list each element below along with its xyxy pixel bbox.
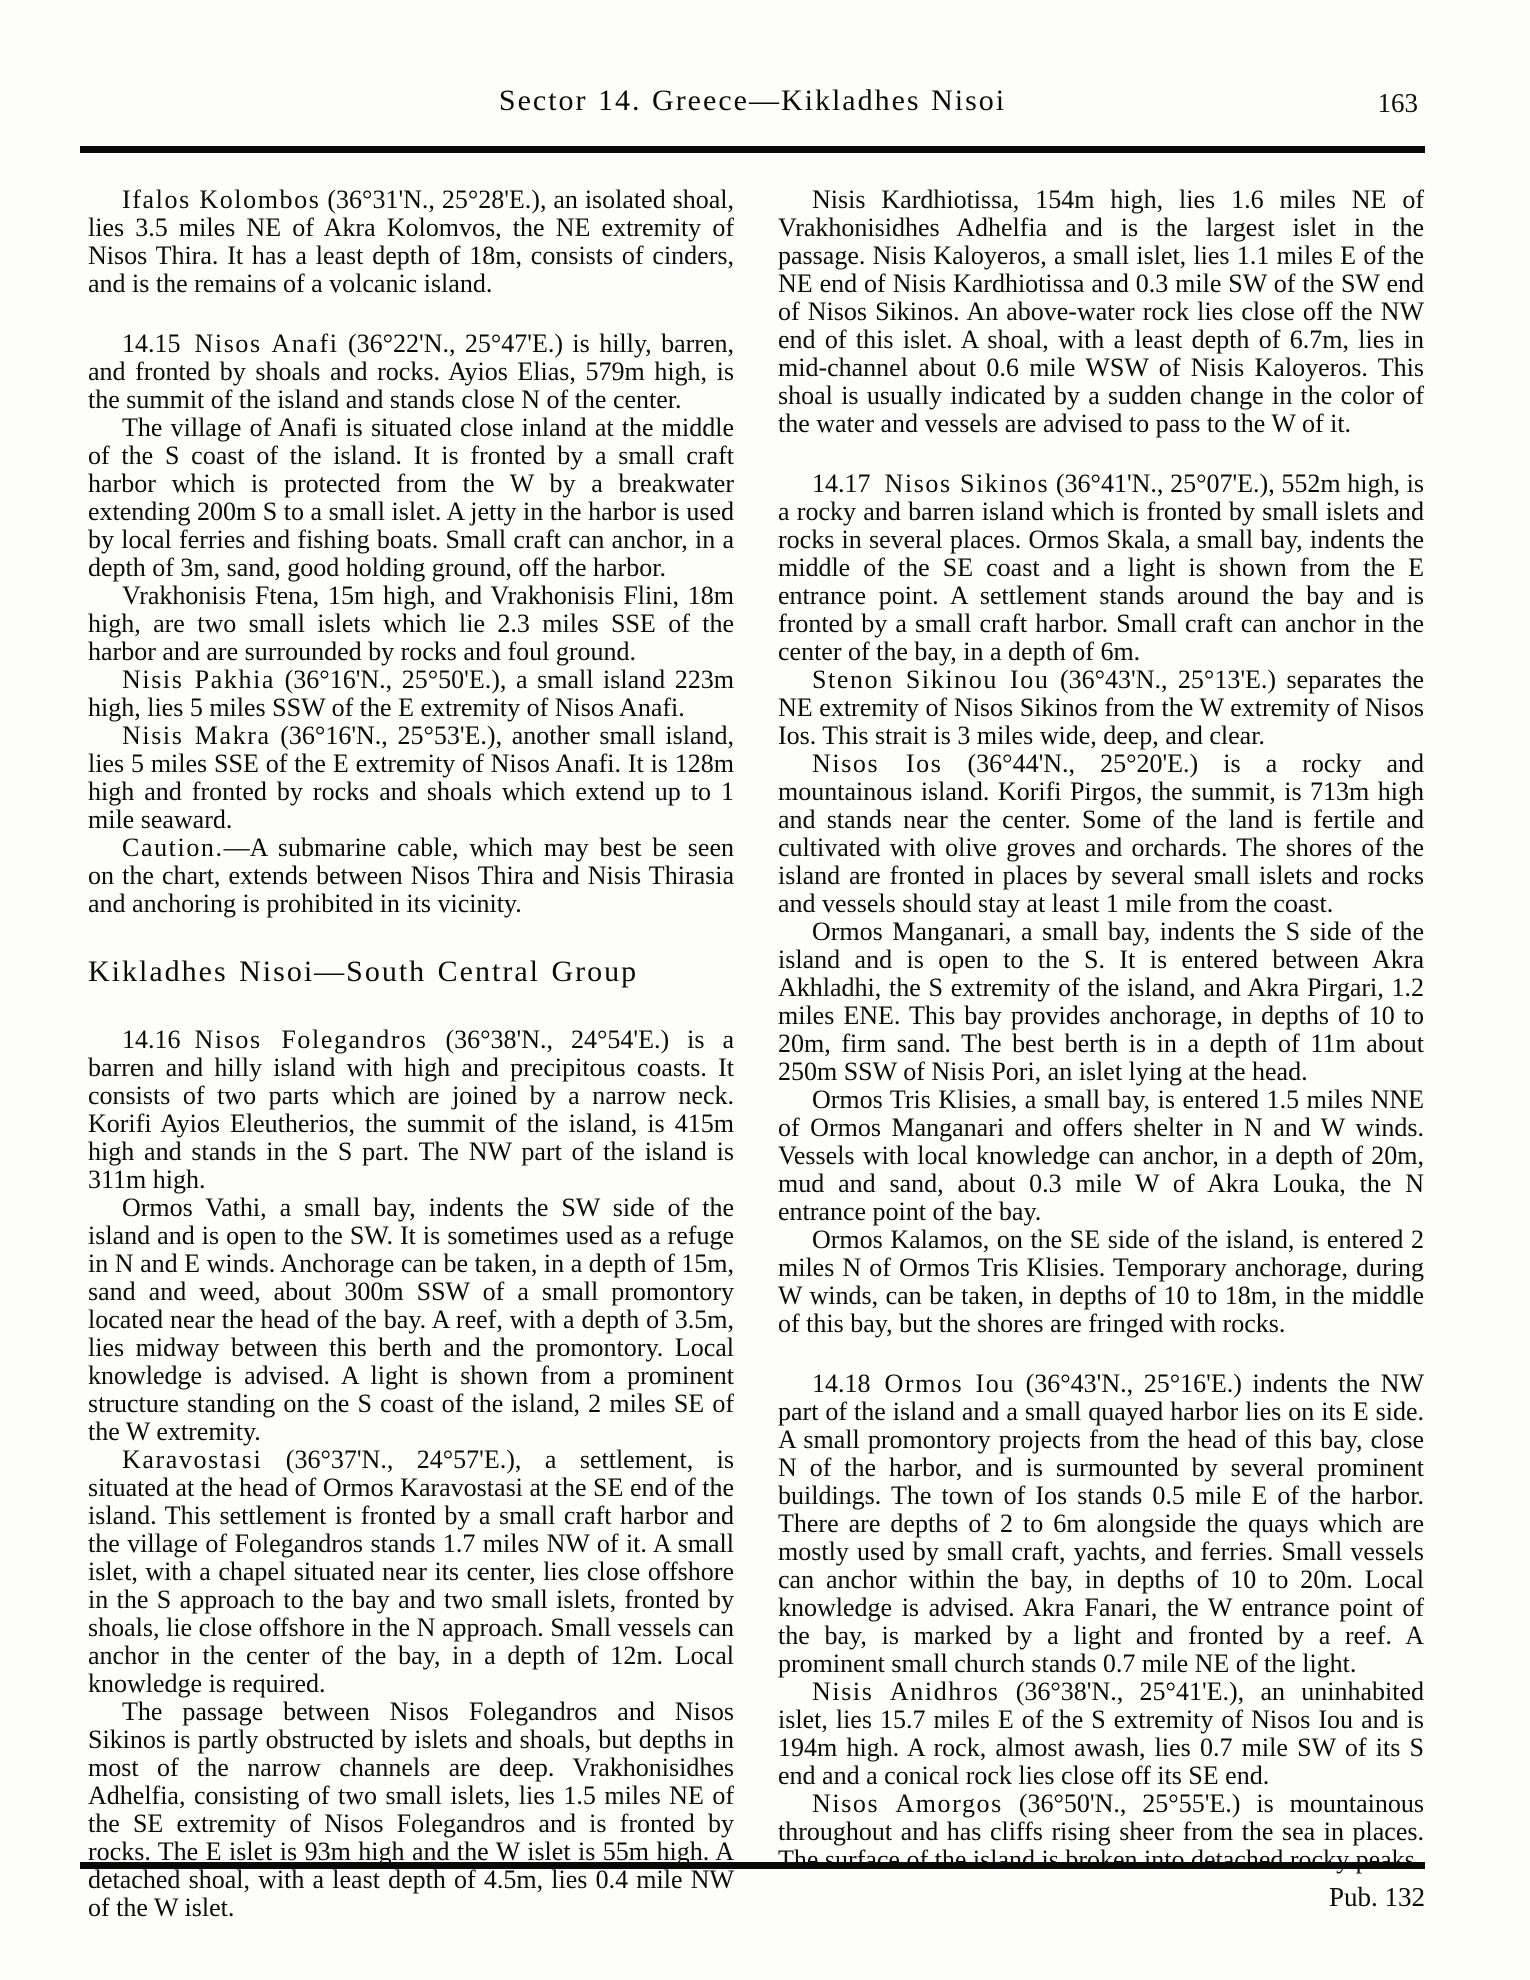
- paragraph: Stenon Sikinou Iou (36°43'N., 25°13'E.) …: [778, 666, 1424, 750]
- footer-rule: [80, 1862, 1425, 1869]
- paragraph: 14.17Nisos Sikinos (36°41'N., 25°07'E.),…: [778, 470, 1424, 666]
- paragraph: Caution.—A submarine cable, which may be…: [88, 834, 734, 918]
- paragraph: Nisis Makra (36°16'N., 25°53'E.), anothe…: [88, 722, 734, 834]
- paragraph-text: (36°41'N., 25°07'E.), 552m high, is a ro…: [778, 469, 1424, 666]
- paragraph: Ormos Kalamos, on the SE side of the isl…: [778, 1226, 1424, 1338]
- paragraph: Nisis Kardhiotissa, 154m high, lies 1.6 …: [778, 186, 1424, 438]
- section-number: 14.18: [812, 1369, 885, 1398]
- paragraph: Vrakhonisis Ftena, 15m high, and Vrakhon…: [88, 582, 734, 666]
- paragraph: Ormos Vathi, a small bay, indents the SW…: [88, 1194, 734, 1446]
- feature-name: Nisos Anafi: [195, 329, 339, 358]
- feature-name: Stenon Sikinou Iou: [812, 665, 1050, 694]
- page: Sector 14. Greece—Kikladhes Nisoi 163 If…: [0, 0, 1530, 1980]
- feature-name: Nisis Pakhia: [122, 665, 275, 694]
- page-number: 163: [80, 88, 1418, 118]
- feature-name: Nisos Sikinos: [885, 469, 1050, 498]
- feature-name: Ormos Iou: [885, 1369, 1015, 1398]
- feature-name: Nisos Folegandros: [195, 1025, 428, 1054]
- paragraph: 14.15Nisos Anafi (36°22'N., 25°47'E.) is…: [88, 330, 734, 414]
- publication-number: Pub. 132: [80, 1882, 1425, 1912]
- paragraph: Karavostasi (36°37'N., 24°57'E.), a sett…: [88, 1446, 734, 1698]
- paragraph-text: (36°37'N., 24°57'E.), a settlement, is s…: [88, 1445, 734, 1698]
- paragraph-text: Ormos Kalamos, on the SE side of the isl…: [778, 1225, 1424, 1338]
- paragraph-text: Ormos Tris Klisies, a small bay, is ente…: [778, 1085, 1424, 1226]
- paragraph: Ifalos Kolombos (36°31'N., 25°28'E.), an…: [88, 186, 734, 298]
- paragraph: Nisis Pakhia (36°16'N., 25°50'E.), a sma…: [88, 666, 734, 722]
- paragraph-text: Ormos Vathi, a small bay, indents the SW…: [88, 1193, 734, 1446]
- paragraph: Nisos Ios (36°44'N., 25°20'E.) is a rock…: [778, 750, 1424, 918]
- feature-name: Nisis Makra: [122, 721, 271, 750]
- paragraph-text: Ormos Manganari, a small bay, indents th…: [778, 917, 1424, 1086]
- paragraph: 14.16Nisos Folegandros (36°38'N., 24°54'…: [88, 1026, 734, 1194]
- paragraph: 14.18Ormos Iou (36°43'N., 25°16'E.) inde…: [778, 1370, 1424, 1678]
- paragraph-text: Vrakhonisis Ftena, 15m high, and Vrakhon…: [88, 581, 734, 666]
- feature-name: Ifalos Kolombos: [122, 185, 320, 214]
- content-columns: Ifalos Kolombos (36°31'N., 25°28'E.), an…: [88, 186, 1424, 1922]
- paragraph-text: The village of Anafi is situated close i…: [88, 413, 734, 582]
- paragraph: The village of Anafi is situated close i…: [88, 414, 734, 582]
- group-heading: Kikladhes Nisoi—South Central Group: [88, 954, 734, 990]
- section-number: 14.15: [122, 329, 195, 358]
- header-rule: [80, 146, 1425, 153]
- feature-name: Nisos Ios: [812, 749, 942, 778]
- feature-name: Karavostasi: [122, 1445, 262, 1474]
- left-column: Ifalos Kolombos (36°31'N., 25°28'E.), an…: [88, 186, 734, 1922]
- paragraph: Nisis Anidhros (36°38'N., 25°41'E.), an …: [778, 1678, 1424, 1790]
- section-number: 14.16: [122, 1025, 195, 1054]
- feature-name: Nisis Anidhros: [812, 1677, 999, 1706]
- section-number: 14.17: [812, 469, 885, 498]
- feature-name: Caution.: [122, 833, 224, 862]
- paragraph-text: Nisis Kardhiotissa, 154m high, lies 1.6 …: [778, 185, 1424, 438]
- paragraph-text: (36°43'N., 25°16'E.) indents the NW part…: [778, 1369, 1424, 1678]
- feature-name: Nisos Amorgos: [812, 1789, 1003, 1818]
- paragraph: Ormos Tris Klisies, a small bay, is ente…: [778, 1086, 1424, 1226]
- right-column: Nisis Kardhiotissa, 154m high, lies 1.6 …: [778, 186, 1424, 1922]
- paragraph: Ormos Manganari, a small bay, indents th…: [778, 918, 1424, 1086]
